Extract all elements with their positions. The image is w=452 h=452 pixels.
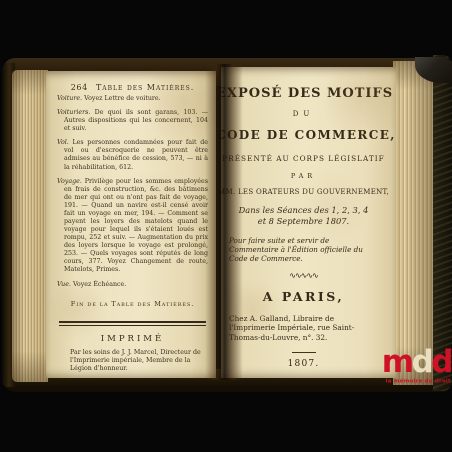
short-rule bbox=[292, 352, 316, 353]
watermark-tagline: la mémoire du droit bbox=[386, 379, 451, 385]
index-entry: Voituriers. De quoi ils sont garans, 103… bbox=[57, 109, 208, 133]
wavy-ornament: ∿∿∿∿∿ bbox=[221, 271, 391, 280]
index-entry: Voiture. Voyez Lettre de voiture. bbox=[57, 95, 208, 103]
index-entry: Vol. Les personnes condamnées pour fait … bbox=[57, 139, 208, 171]
imprint-text: Par les soins de J. J. Marcel, Directeur… bbox=[70, 349, 203, 374]
double-rule bbox=[59, 321, 206, 326]
table-end-line: Fin de la Table des Matières. bbox=[57, 300, 208, 308]
du-line: DU bbox=[221, 110, 391, 118]
orateurs-line: MM. LES ORATEURS DU GOUVERNEMENT, bbox=[221, 188, 391, 196]
watermark-letter: m bbox=[382, 344, 412, 380]
index-entry: Voyage. Privilège pour les sommes employ… bbox=[57, 178, 208, 275]
watermark-logo: mdd bbox=[382, 344, 451, 380]
running-header: 264 Table des Matières. bbox=[57, 83, 208, 92]
presente-line: PRÉSENTÉ AU CORPS LÉGISLATIF bbox=[221, 154, 391, 163]
watermark-letter: d bbox=[412, 344, 432, 380]
par-line: PAR bbox=[221, 172, 391, 180]
year-line: 1807. bbox=[221, 359, 391, 369]
title-line: EXPOSÉ DES MOTIFS bbox=[221, 86, 391, 101]
index-entry: Vue. Voyez Échéance. bbox=[57, 281, 208, 289]
city-line: A PARIS, bbox=[221, 289, 391, 304]
imprint-title: IMPRIMÉ bbox=[57, 334, 208, 344]
page-number: 264 bbox=[71, 83, 88, 92]
right-page: EXPOSÉ DES MOTIFS DU CODE DE COMMERCE, P… bbox=[221, 67, 396, 378]
bookseller-watermark: mdd la mémoire du droit bbox=[380, 347, 451, 385]
code-de-commerce-line: CODE DE COMMERCE, bbox=[221, 128, 391, 142]
photo-background: 264 Table des Matières. Voiture. Voyez L… bbox=[0, 0, 452, 452]
watermark-letter: d bbox=[431, 344, 451, 380]
commentaire-note: Pour faire suite et servir de Commentair… bbox=[229, 236, 379, 264]
seances-lines: Dans les Séances des 1, 2, 3, 4 et 8 Sep… bbox=[221, 205, 391, 227]
title-page-content: EXPOSÉ DES MOTIFS DU CODE DE COMMERCE, P… bbox=[221, 67, 396, 378]
right-page-fore-edges bbox=[393, 61, 438, 385]
running-header-title: Table des Matières. bbox=[96, 83, 194, 92]
publisher-line: Chez A. Galland, Libraire de l'Imprimeri… bbox=[229, 314, 381, 343]
left-page-content: 264 Table des Matières. Voiture. Voyez L… bbox=[46, 71, 216, 378]
left-page: 264 Table des Matières. Voiture. Voyez L… bbox=[46, 71, 216, 378]
left-page-fore-edges bbox=[12, 70, 48, 382]
right-cover-edge bbox=[433, 55, 452, 391]
